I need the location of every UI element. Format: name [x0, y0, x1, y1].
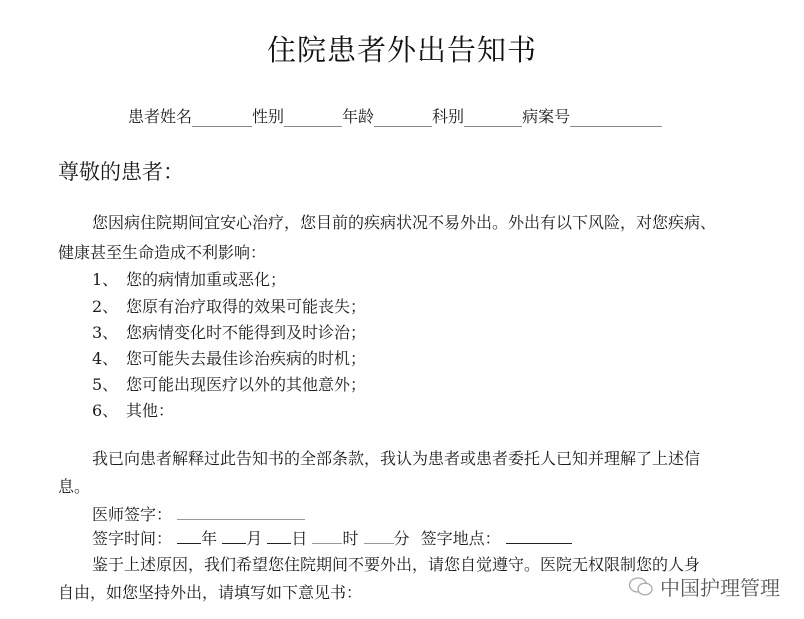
risk-item: 4、您可能失去最佳诊治疾病的时机； — [92, 346, 366, 369]
wechat-icon — [628, 576, 654, 598]
risk-text: 您原有治疗取得的效果可能丧失； — [126, 297, 366, 316]
department-label: 科别 — [432, 104, 464, 127]
record-number-label: 病案号 — [522, 104, 570, 127]
patient-info-row: 患者姓名 性别 年龄 科别 病案号 — [128, 104, 662, 127]
minute-unit: 分 — [394, 529, 410, 548]
intro-paragraph-line1: 您因病住院期间宜安心治疗，您目前的疾病状况不易外出。外出有以下风险，对您疾病、 — [92, 210, 716, 233]
intro-paragraph-line2: 健康甚至生命造成不利影响： — [58, 240, 266, 263]
signature-time-label: 签字时间： — [92, 529, 172, 548]
watermark-text: 中国护理管理 — [660, 572, 780, 601]
minute-field[interactable] — [364, 529, 394, 544]
risk-number: 3、 — [92, 320, 126, 343]
signature-place-field[interactable] — [506, 529, 572, 544]
risk-item: 3、您病情变化时不能得到及时诊治； — [92, 320, 366, 343]
explanation-line2: 息。 — [58, 474, 90, 497]
risk-number: 6、 — [92, 398, 126, 421]
hour-field[interactable] — [312, 529, 342, 544]
advice-line1: 鉴于上述原因，我们希望您住院期间不要外出，请您自觉遵守。医院无权限制您的人身 — [92, 552, 700, 575]
risk-number: 2、 — [92, 294, 126, 317]
risk-item: 2、您原有治疗取得的效果可能丧失； — [92, 294, 366, 317]
watermark: 中国护理管理 — [628, 572, 780, 601]
age-label: 年龄 — [342, 104, 374, 127]
age-field[interactable] — [374, 109, 432, 127]
risk-text: 其他： — [126, 401, 174, 420]
document-title: 住院患者外出告知书 — [0, 28, 804, 69]
doctor-signature-row: 医师签字： — [92, 502, 305, 525]
risk-number: 4、 — [92, 346, 126, 369]
risk-item: 1、您的病情加重或恶化； — [92, 267, 286, 290]
risk-number: 1、 — [92, 267, 126, 290]
department-field[interactable] — [464, 109, 522, 127]
risk-item: 5、您可能出现医疗以外的其他意外； — [92, 372, 366, 395]
risk-text: 您可能失去最佳诊治疾病的时机； — [126, 349, 366, 368]
gender-field[interactable] — [284, 109, 342, 127]
year-field[interactable] — [177, 529, 201, 544]
day-field[interactable] — [267, 529, 291, 544]
risk-text: 您的病情加重或恶化； — [126, 270, 286, 289]
advice-line2: 自由，如您坚持外出，请填写如下意见书： — [58, 580, 362, 603]
hour-unit: 时 — [342, 529, 358, 548]
risk-item: 6、其他： — [92, 398, 174, 421]
day-unit: 日 — [291, 529, 307, 548]
year-unit: 年 — [201, 529, 217, 548]
month-unit: 月 — [246, 529, 262, 548]
signature-place-label: 签字地点： — [421, 529, 501, 548]
explanation-line1: 我已向患者解释过此告知书的全部条款，我认为患者或患者委托人已知并理解了上述信 — [92, 446, 700, 469]
risk-text: 您可能出现医疗以外的其他意外； — [126, 375, 366, 394]
risk-number: 5、 — [92, 372, 126, 395]
doctor-signature-field[interactable] — [177, 505, 305, 520]
signature-time-row: 签字时间： 年 月 日 时 分 签字地点： — [92, 526, 572, 549]
greeting: 尊敬的患者： — [58, 156, 184, 186]
risk-text: 您病情变化时不能得到及时诊治； — [126, 323, 366, 342]
patient-name-label: 患者姓名 — [128, 104, 192, 127]
doctor-signature-label: 医师签字： — [92, 505, 172, 524]
record-number-field[interactable] — [570, 109, 662, 127]
gender-label: 性别 — [252, 104, 284, 127]
patient-name-field[interactable] — [192, 109, 252, 127]
month-field[interactable] — [222, 529, 246, 544]
